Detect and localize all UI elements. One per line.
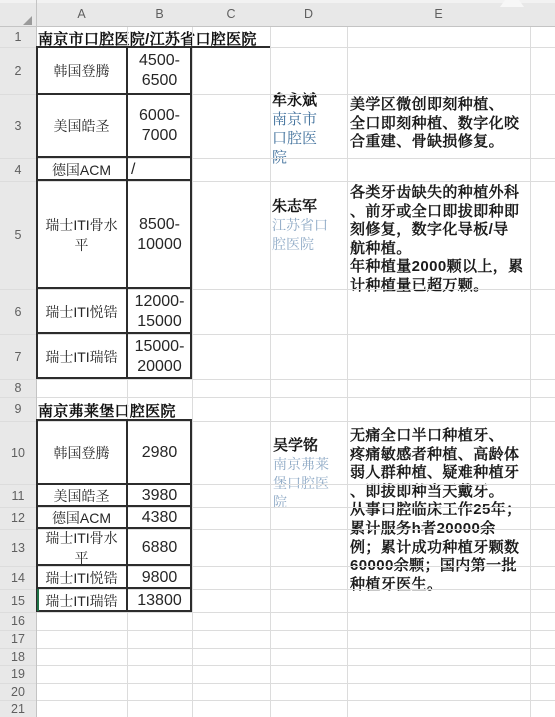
row-header-2[interactable]: 2 xyxy=(0,47,36,94)
row-header-11[interactable]: 11 xyxy=(0,484,36,507)
header-divider xyxy=(0,26,555,27)
gridline xyxy=(192,26,193,717)
cell-B7[interactable]: 15000- 20000 xyxy=(127,334,192,379)
gridline xyxy=(0,566,555,567)
gridline xyxy=(0,379,555,380)
row-header-6[interactable]: 6 xyxy=(0,289,36,334)
row-header-14[interactable]: 14 xyxy=(0,566,36,589)
cell-A6[interactable]: 瑞士ITI悦锆 xyxy=(36,289,127,334)
row-header-12[interactable]: 12 xyxy=(0,507,36,529)
gridline xyxy=(0,529,555,530)
cell-B4[interactable]: / xyxy=(127,158,192,181)
gridline xyxy=(0,507,555,508)
table-border xyxy=(36,287,192,289)
cell-B6[interactable]: 12000- 15000 xyxy=(127,289,192,334)
table-border xyxy=(190,419,192,612)
row-header-7[interactable]: 7 xyxy=(0,334,36,379)
cell-A7[interactable]: 瑞士ITI瑞锆 xyxy=(36,334,127,379)
gridline xyxy=(0,589,555,590)
column-header-A[interactable]: A xyxy=(36,3,127,25)
doctor-block-1[interactable]: 牟永斌 南京市 口腔医 院 xyxy=(272,92,344,167)
column-header-B[interactable]: B xyxy=(127,3,192,25)
gridline xyxy=(0,683,555,684)
row-header-13[interactable]: 13 xyxy=(0,529,36,566)
row-header-9[interactable]: 9 xyxy=(0,397,36,421)
table-border xyxy=(36,587,192,589)
cell-A10[interactable]: 韩国登腾 xyxy=(36,421,127,484)
column-header-C[interactable]: C xyxy=(192,3,270,25)
gridline xyxy=(0,289,555,290)
table-border xyxy=(36,377,192,379)
gridline xyxy=(347,26,348,717)
cell-B13[interactable]: 6880 xyxy=(127,529,192,566)
row-header-10[interactable]: 10 xyxy=(0,421,36,484)
gridline xyxy=(270,26,271,717)
table-border xyxy=(36,46,38,379)
gridline xyxy=(530,26,531,717)
gridline xyxy=(0,700,555,701)
row-header-19[interactable]: 19 xyxy=(0,665,36,683)
gridline xyxy=(0,421,555,422)
gridline xyxy=(0,397,555,398)
gridline xyxy=(0,630,555,631)
cell-A4[interactable]: 德国ACM xyxy=(36,158,127,181)
table-border xyxy=(36,527,192,529)
gridline xyxy=(0,665,555,666)
cell-B10[interactable]: 2980 xyxy=(127,421,192,484)
cell-B14[interactable]: 9800 xyxy=(127,566,192,589)
cell-B3[interactable]: 6000- 7000 xyxy=(127,94,192,158)
row-header-21[interactable]: 21 xyxy=(0,700,36,717)
cell-A2[interactable]: 韩国登腾 xyxy=(36,47,127,94)
cell-A5[interactable]: 瑞士ITI骨水 平 xyxy=(36,181,127,289)
cell-B2[interactable]: 4500- 6500 xyxy=(127,47,192,94)
cell-A3[interactable]: 美国皓圣 xyxy=(36,94,127,158)
row-header-1[interactable]: 1 xyxy=(0,26,36,47)
row-header-17[interactable]: 17 xyxy=(0,630,36,648)
row-header-8[interactable]: 8 xyxy=(0,379,36,397)
table-border xyxy=(36,483,192,485)
table-border xyxy=(36,564,192,566)
cell-B15[interactable]: 13800 xyxy=(127,589,192,612)
gridline xyxy=(0,158,555,159)
cell-A12[interactable]: 德国ACM xyxy=(36,507,127,529)
table-border xyxy=(190,46,192,379)
doctor-hospital-link[interactable]: 江苏省口 腔医院 xyxy=(272,216,344,254)
table-border xyxy=(36,610,192,612)
table-border xyxy=(36,419,38,612)
cell-A13[interactable]: 瑞士ITI骨水 平 xyxy=(36,529,127,566)
gridline xyxy=(0,181,555,182)
table-border xyxy=(36,156,192,158)
row-header-15[interactable]: 15 xyxy=(0,589,36,612)
gridline xyxy=(0,648,555,649)
table-border xyxy=(126,419,128,612)
cell-E3-specialty[interactable]: 美学区微创即刻种植、 全口即刻种植、数字化咬 合重建、骨缺损修复。 xyxy=(350,96,526,152)
doctor-name: 吴学铭 xyxy=(273,437,345,455)
table-border xyxy=(36,419,192,421)
doctor-name: 朱志军 xyxy=(272,198,344,216)
cell-E10-specialty[interactable]: 无痛全口半口种植牙、 疼痛敏感者种植、高龄体 弱人群种植、疑难种植牙 、即拔即种… xyxy=(350,427,528,594)
cell-A15-selected[interactable]: 瑞士ITI瑞锆 xyxy=(36,589,127,612)
doctor-block-2[interactable]: 朱志军 江苏省口 腔医院 xyxy=(272,198,344,254)
gridline xyxy=(0,612,555,613)
cell-A14[interactable]: 瑞士ITI悦锆 xyxy=(36,566,127,589)
section2-title: 南京茀莱堡口腔医院 xyxy=(38,400,176,421)
cell-B11[interactable]: 3980 xyxy=(127,484,192,507)
doctor-block-3[interactable]: 吴学铭 南京茀莱 堡口腔医 院 xyxy=(273,437,345,512)
column-header-D[interactable]: D xyxy=(270,3,347,25)
cell-E5-specialty[interactable]: 各类牙齿缺失的种植外科 、前牙或全口即拔即种即 刻修复，数字化导板/导 航种植。… xyxy=(350,184,526,296)
row-header-3[interactable]: 3 xyxy=(0,94,36,158)
cell-B5[interactable]: 8500- 10000 xyxy=(127,181,192,289)
row-header-5[interactable]: 5 xyxy=(0,181,36,289)
gridline xyxy=(0,334,555,335)
spreadsheet: 南京市口腔医院/江苏省口腔医院 韩国登腾 美国皓圣 德国ACM 瑞士ITI骨水 … xyxy=(0,0,555,717)
row-header-18[interactable]: 18 xyxy=(0,648,36,665)
cell-B12[interactable]: 4380 xyxy=(127,507,192,529)
table-border xyxy=(36,179,192,181)
table-border xyxy=(36,505,192,507)
table-border xyxy=(36,46,270,48)
selection-border xyxy=(37,589,39,611)
row-header-4[interactable]: 4 xyxy=(0,158,36,181)
row-header-20[interactable]: 20 xyxy=(0,683,36,700)
select-all-corner-icon[interactable] xyxy=(23,16,32,25)
table-border xyxy=(126,46,128,379)
table-border xyxy=(36,93,192,95)
column-header-E[interactable]: E xyxy=(347,3,530,25)
table-border xyxy=(36,332,192,334)
cell-A11[interactable]: 美国皓圣 xyxy=(36,484,127,507)
row-header-16[interactable]: 16 xyxy=(0,612,36,630)
